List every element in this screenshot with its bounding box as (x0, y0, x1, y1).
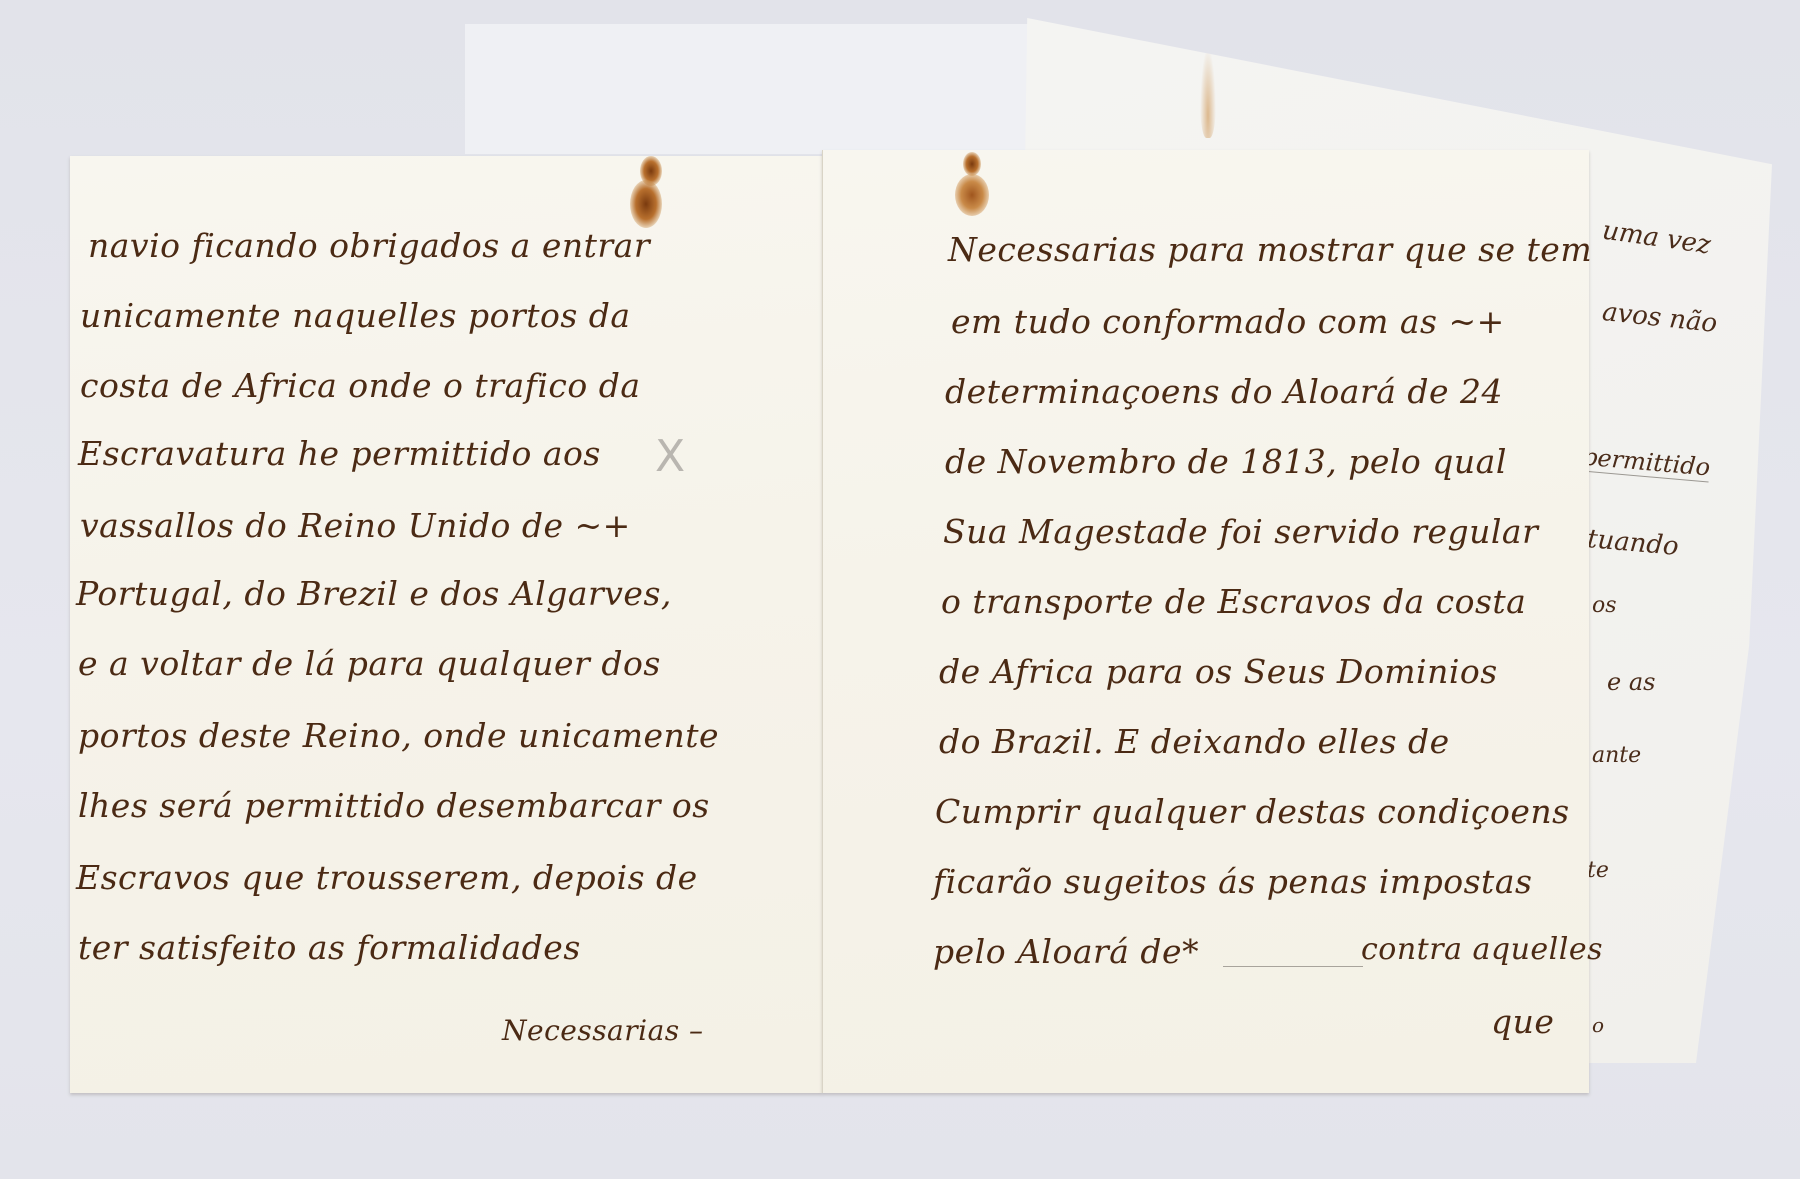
ink-stain (963, 152, 981, 176)
text-line: costa de Africa onde o trafico da (80, 366, 641, 405)
text-line: pelo Aloará de* (933, 932, 1199, 971)
text-line: ficarão sugeitos ás penas impostas (933, 862, 1532, 901)
left-page: navio ficando obrigados a entrar unicame… (70, 156, 822, 1093)
margin-cross-mark: X (655, 431, 685, 482)
back-fragment: avos não (1601, 297, 1719, 339)
text-line: contra aquelles (1361, 932, 1603, 967)
ink-stain (1200, 48, 1216, 138)
catchword: Necessarias – (502, 1014, 704, 1047)
text-line: Cumprir qualquer destas condiçoens (935, 792, 1570, 831)
text-line: e a voltar de lá para qualquer dos (78, 644, 661, 683)
text-line: unicamente naquelles portos da (80, 296, 631, 335)
text-line: vassallos do Reino Unido de ~+ (80, 506, 631, 545)
blank-rule (1223, 966, 1363, 967)
text-line: Necessarias para mostrar que se tem (948, 230, 1592, 269)
text-line: de Africa para os Seus Dominios (939, 652, 1498, 691)
back-fragment: e as (1607, 668, 1655, 696)
text-line: ter satisfeito as formalidades (78, 928, 581, 967)
ink-stain (630, 180, 662, 228)
text-line: Sua Magestade foi servido regular (943, 512, 1538, 551)
text-line: Portugal, do Brezil e dos Algarves, (76, 574, 672, 613)
text-line: navio ficando obrigados a entrar (88, 226, 650, 265)
background-card (465, 24, 1035, 154)
back-fragment: uma vez (1600, 216, 1712, 261)
text-line: Escravos que trousserem, depois de (76, 858, 698, 897)
text-line: o transporte de Escravos da costa (941, 582, 1526, 621)
back-fragment: os (1592, 593, 1617, 618)
text-line: lhes será permittido desembarcar os (78, 786, 710, 825)
text-line: do Brazil. E deixando elles de (939, 722, 1450, 761)
right-page: Necessarias para mostrar que se tem em t… (822, 150, 1589, 1093)
back-fragment: ante (1592, 743, 1641, 768)
ink-stain (955, 174, 989, 216)
catchword: que (1491, 1002, 1554, 1041)
text-line: em tudo conformado com as ~+ (951, 302, 1505, 341)
text-line: determinaçoens do Aloará de 24 (945, 372, 1503, 411)
text-line: Escravatura he permittido aos (78, 434, 601, 473)
back-fragment: tuando (1586, 524, 1680, 562)
back-fragment: o (1592, 1013, 1604, 1037)
text-line: de Novembro de 1813, pelo qual (945, 442, 1507, 481)
back-fragment: permittido (1581, 442, 1711, 482)
back-fragment: te (1587, 858, 1609, 883)
text-line: portos deste Reino, onde unicamente (78, 716, 719, 755)
